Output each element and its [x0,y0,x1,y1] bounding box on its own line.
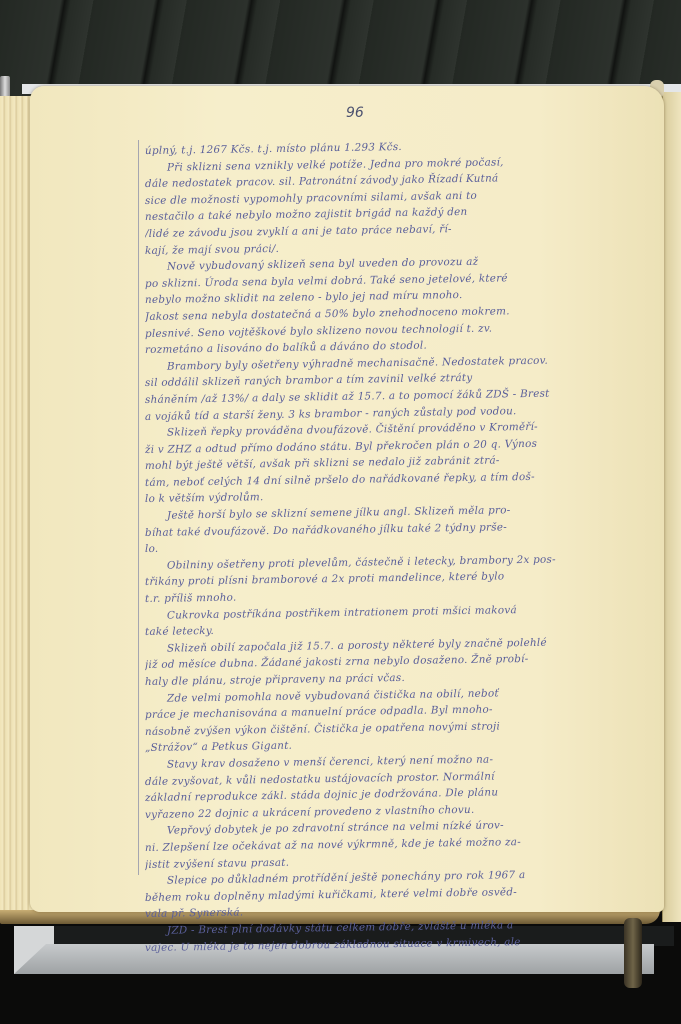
handwritten-text-block: úplný, t.j. 1267 Kčs. t.j. místo plánu 1… [145,143,637,956]
margin-line [138,140,139,875]
facing-page-edge [662,92,681,922]
page-number: 96 [346,105,364,121]
